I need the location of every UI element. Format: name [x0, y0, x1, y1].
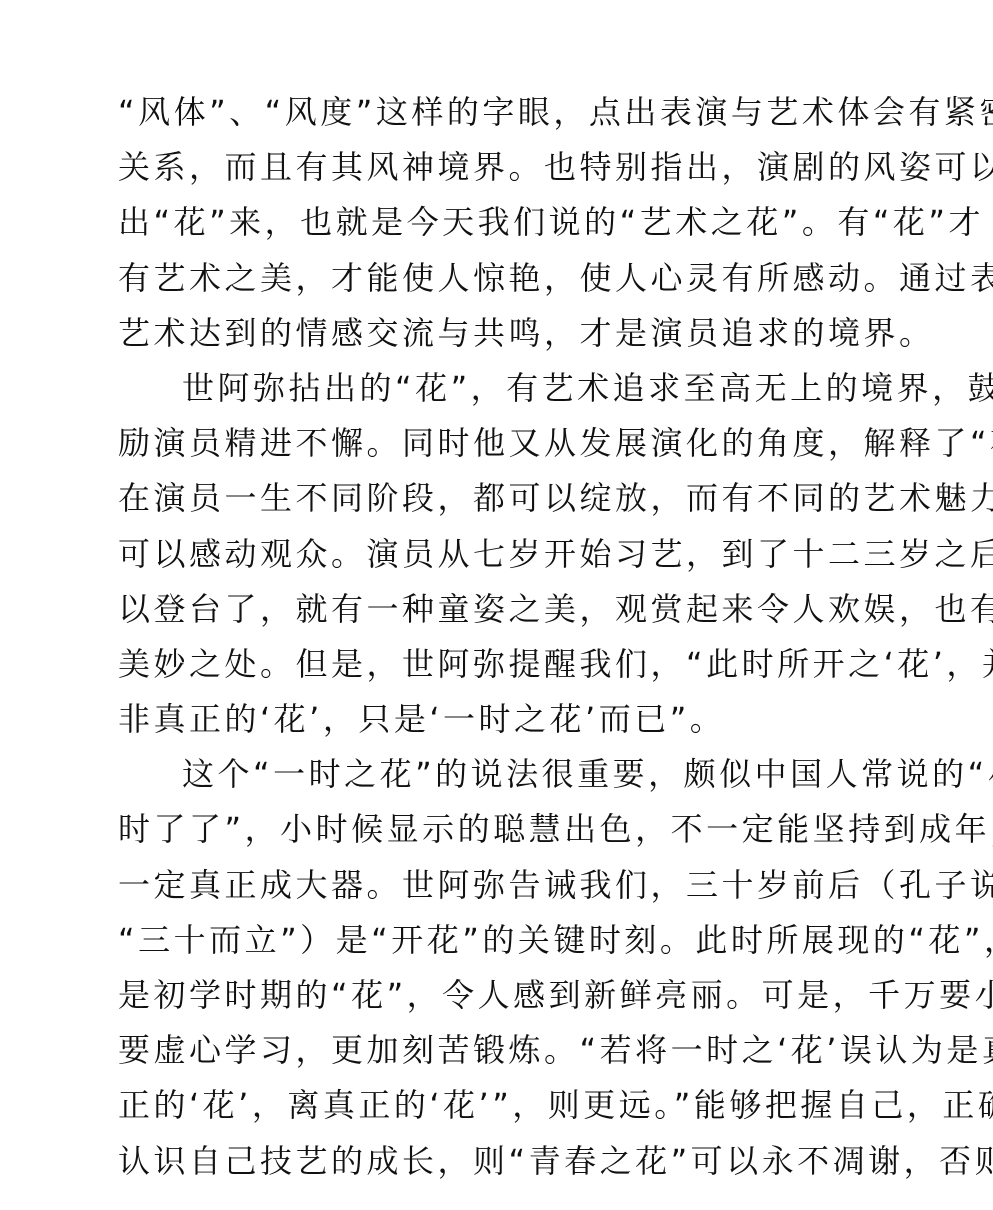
body-text: “风体”、“风度”这样的字眼，点出表演与艺术体会有紧密的 关系，而且有其风神境界…: [118, 92, 878, 1196]
text-line: 可以感动观众。演员从七岁开始习艺，到了十二三岁之后，可: [118, 534, 878, 589]
paragraph-start-line: 这个“一时之花”的说法很重要，颇似中国人常说的“小: [118, 754, 878, 809]
text-line: 励演员精进不懈。同时他又从发展演化的角度，解释了“花”: [118, 423, 878, 478]
text-line: 是初学时期的“花”，令人感到新鲜亮丽。可是，千万要小心，: [118, 975, 878, 1030]
text-line: “三十而立”）是“开花”的关键时刻。此时所展现的“花”，: [118, 920, 878, 975]
text-line: 美妙之处。但是，世阿弥提醒我们，“此时所开之‘花’，并: [118, 644, 878, 699]
text-line: 非真正的‘花’，只是‘一时之花’而已”。: [118, 699, 878, 754]
text-line: 艺术达到的情感交流与共鸣，才是演员追求的境界。: [118, 313, 878, 368]
text-line: 认识自己技艺的成长，则“青春之花”可以永不凋谢，否则，: [118, 1141, 878, 1196]
text-line: 以登台了，就有一种童姿之美，观赏起来令人欢娱，也有其: [118, 589, 878, 644]
text-line: 正的‘花’，离真正的‘花’”，则更远。”能够把握自己，正确: [118, 1085, 878, 1140]
text-line: 出“花”来，也就是今天我们说的“艺术之花”。有“花”才: [118, 202, 878, 257]
text-line: 一定真正成大器。世阿弥告诫我们，三十岁前后（孔子说的: [118, 865, 878, 920]
text-line: 在演员一生不同阶段，都可以绽放，而有不同的艺术魅力，: [118, 478, 878, 533]
text-line: 要虚心学习，更加刻苦锻炼。“若将一时之‘花’误认为是真: [118, 1030, 878, 1085]
text-line: 时了了”，小时候显示的聪慧出色，不一定能坚持到成年，不: [118, 809, 878, 864]
text-line: “风体”、“风度”这样的字眼，点出表演与艺术体会有紧密的: [118, 92, 878, 147]
text-line: 有艺术之美，才能使人惊艳，使人心灵有所感动。通过表演: [118, 258, 878, 313]
paragraph-start-line: 世阿弥拈出的“花”，有艺术追求至高无上的境界，鼓: [118, 368, 878, 423]
text-line: 关系，而且有其风神境界。也特别指出，演剧的风姿可以开: [118, 147, 878, 202]
document-page: “风体”、“风度”这样的字眼，点出表演与艺术体会有紧密的 关系，而且有其风神境界…: [0, 0, 993, 1210]
